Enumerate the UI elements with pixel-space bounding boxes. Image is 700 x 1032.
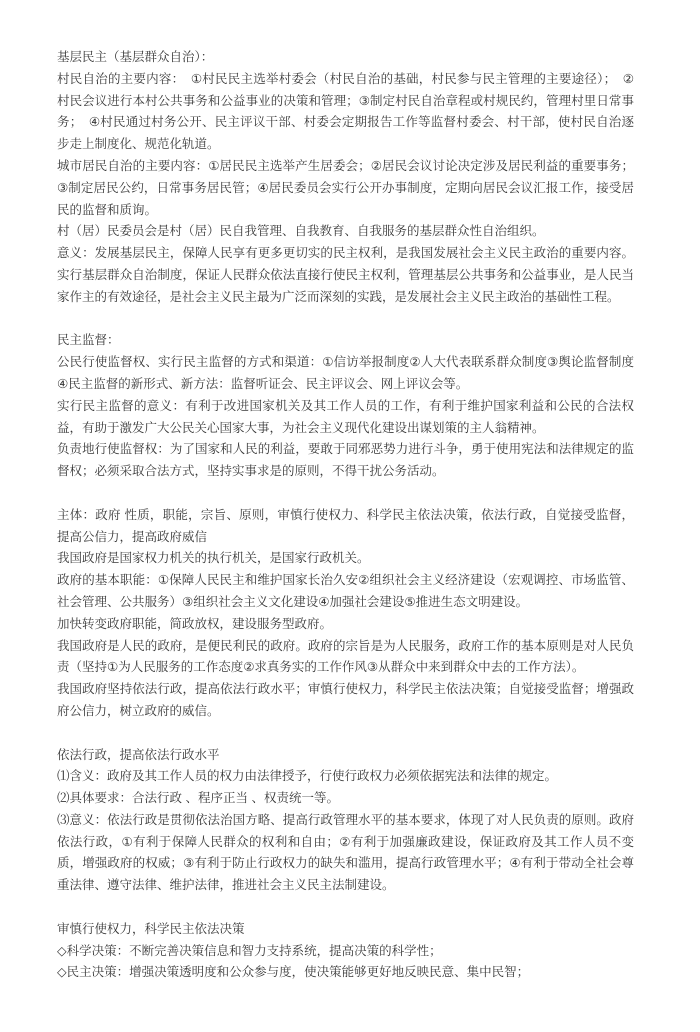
paragraph-significance: ⑶意义：依法行政是贯彻依法治国方略、提高行政管理水平的基本要求，体现了对人民负责…	[57, 810, 634, 897]
paragraph-significance: 意义：发展基层民主，保障人民享有更多更切实的民主权利，是我国发展社会主义民主政治…	[57, 243, 634, 308]
section-heading: 依法行政，提高依法行政水平	[57, 745, 634, 767]
paragraph-scientific-decision: ◇科学决策：不断完善决策信息和智力支持系统，提高决策的科学性；	[57, 941, 634, 963]
paragraph-service-government: 加快转变政府职能，简政放权，建设服务型政府。	[57, 614, 634, 636]
paragraph-requirements: ⑵具体要求：合法行政 、程序正当 、权责统一等。	[57, 788, 634, 810]
paragraph-democratic-decision: ◇民主决策：增强决策透明度和公众参与度，使决策能够更好地反映民意、集中民智；	[57, 962, 634, 984]
document-page: 基层民主（基层群众自治）： 村民自治的主要内容： ①村民民主选举村委会（村民自治…	[0, 0, 700, 1032]
paragraph-meaning: ⑴含义：政府及其工作人员的权力由法律授予，行使行政权力必须依据宪法和法律的规定。	[57, 766, 634, 788]
section-prudent-power: 审慎行使权力，科学民主依法决策 ◇科学决策：不断完善决策信息和智力支持系统，提高…	[57, 919, 634, 984]
section-heading: 审慎行使权力，科学民主依法决策	[57, 919, 634, 941]
section-government: 主体：政府 性质，职能，宗旨、原则，审慎行使权力、科学民主依法决策，依法行政，自…	[57, 505, 634, 723]
section-democratic-supervision: 民主监督： 公民行使监督权、实行民主监督的方式和渠道：①信访举报制度②人大代表联…	[57, 330, 634, 483]
paragraph-government-subject: 主体：政府 性质，职能，宗旨、原则，审慎行使权力、科学民主依法决策，依法行政，自…	[57, 505, 634, 549]
paragraph-government-functions: 政府的基本职能：①保障人民民主和维护国家长治久安②组织社会主义经济建设（宏观调控…	[57, 570, 634, 614]
paragraph-supervision-significance: 实行民主监督的意义：有利于改进国家机关及其工作人员的工作，有利于维护国家利益和公…	[57, 396, 634, 440]
paragraph-government-credibility: 我国政府坚持依法行政，提高依法行政水平；审慎行使权力，科学民主依法决策；自觉接受…	[57, 679, 634, 723]
paragraph-government-principle: 我国政府是人民的政府，是便民利民的政府。政府的宗旨是为人民服务，政府工作的基本原…	[57, 636, 634, 680]
section-administration-by-law: 依法行政，提高依法行政水平 ⑴含义：政府及其工作人员的权力由法律授予，行使行政权…	[57, 745, 634, 898]
section-heading: 基层民主（基层群众自治）：	[57, 47, 634, 69]
paragraph-villager-self-governance: 村民自治的主要内容： ①村民民主选举村委会（村民自治的基础，村民参与民主管理的主…	[57, 69, 634, 156]
paragraph-government-nature: 我国政府是国家权力机关的执行机关，是国家行政机关。	[57, 548, 634, 570]
paragraph-urban-resident-self-governance: 城市居民自治的主要内容：①居民民主选举产生居委会；②居民会议讨论决定涉及居民利益…	[57, 156, 634, 221]
paragraph-supervision-channels: 公民行使监督权、实行民主监督的方式和渠道：①信访举报制度②人大代表联系群众制度③…	[57, 352, 634, 396]
paragraph-responsible-supervision: 负责地行使监督权：为了国家和人民的利益，要敢于同邪恶势力进行斗争，勇于使用宪法和…	[57, 439, 634, 483]
paragraph-committee-definition: 村（居）民委员会是村（居）民自我管理、自我教育、自我服务的基层群众性自治组织。	[57, 221, 634, 243]
section-heading: 民主监督：	[57, 330, 634, 352]
section-grassroots-democracy: 基层民主（基层群众自治）： 村民自治的主要内容： ①村民民主选举村委会（村民自治…	[57, 47, 634, 309]
